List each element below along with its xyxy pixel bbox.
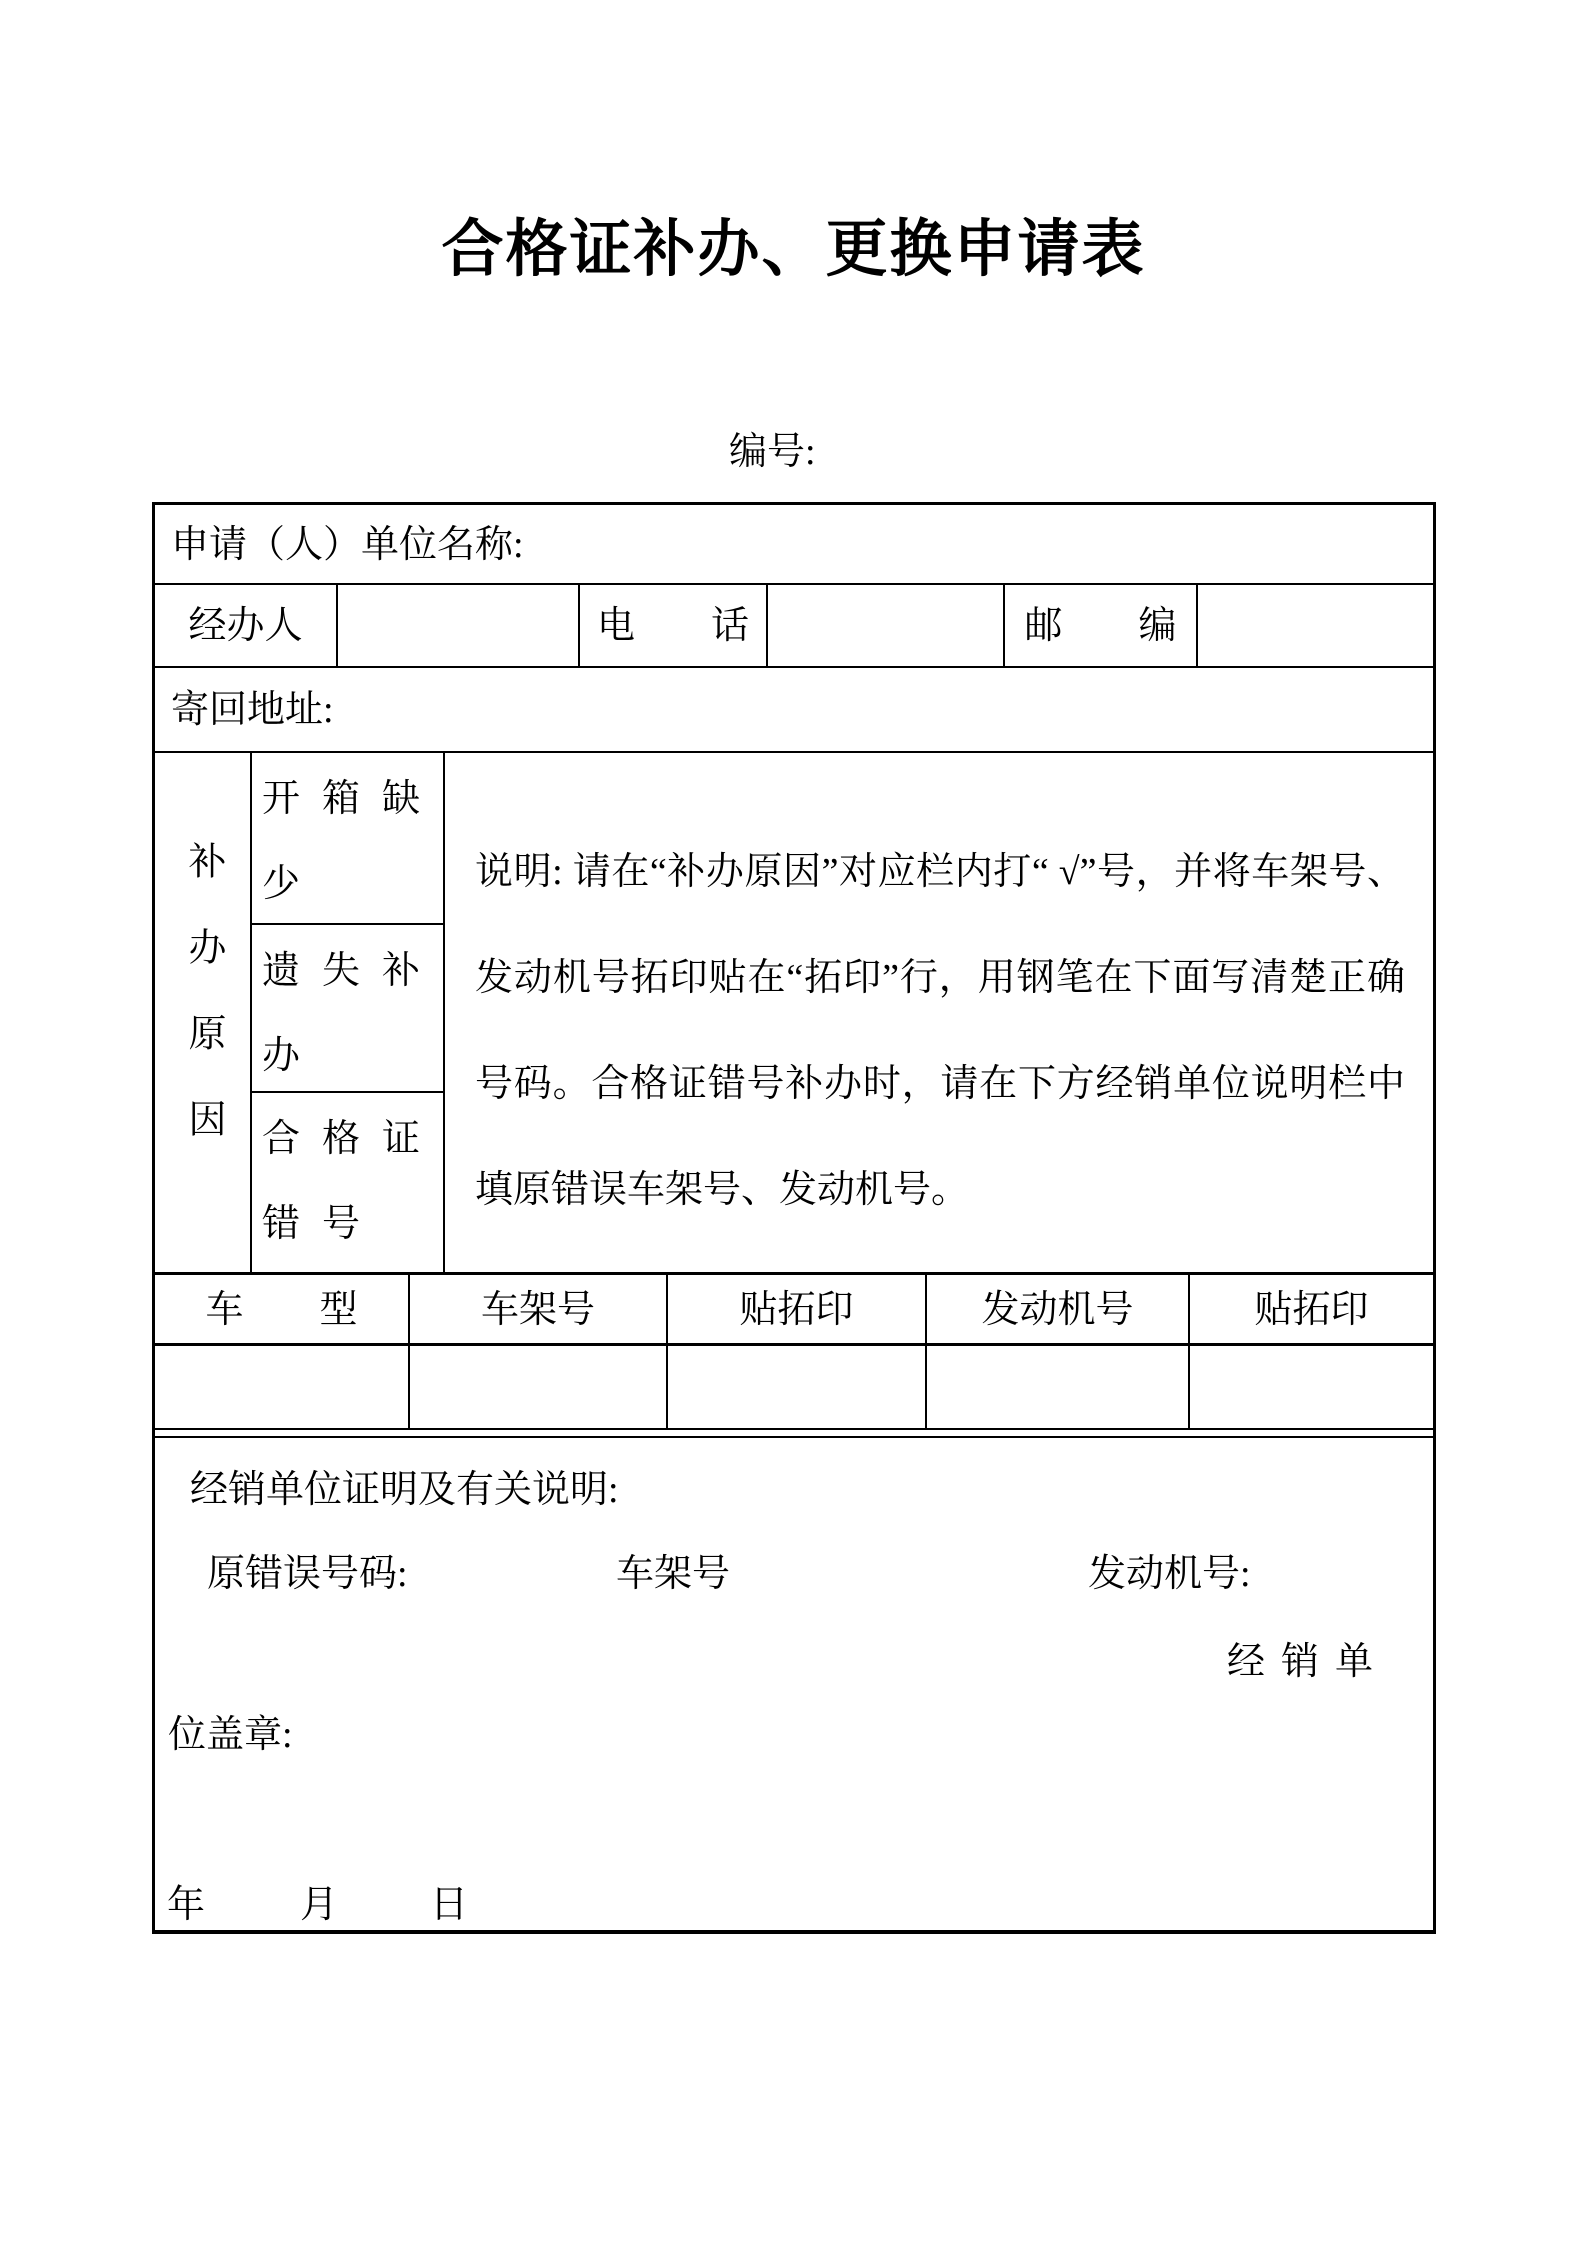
application-form-table: 申请（人）单位名称: 经办人 电 话 邮 编 寄回地址: 补办原因 开箱缺少 遗… bbox=[152, 502, 1436, 1934]
page-title: 合格证补办、更换申请表 bbox=[0, 205, 1587, 295]
instructions-cell: 说明: 请在“补办原因”对应栏内打“ √”号，并将车架号、发动机号拓印贴在“拓印… bbox=[445, 753, 1433, 1275]
wrong-number-label: 原错误号码: bbox=[207, 1542, 408, 1597]
vehicle-header-frame-number: 车架号 bbox=[410, 1275, 668, 1346]
dealer-heading: 经销单位证明及有关说明: bbox=[190, 1458, 619, 1513]
reason-vertical-label-cell: 补办原因 bbox=[155, 753, 252, 1275]
date-month-label: 月 bbox=[300, 1873, 338, 1928]
vehicle-value-engine-number-cell bbox=[927, 1346, 1190, 1430]
vehicle-value-frame-number-cell bbox=[410, 1346, 668, 1430]
agent-label-cell: 经办人 bbox=[155, 585, 338, 668]
dealer-seal-line2: 位盖章: bbox=[168, 1703, 293, 1758]
reason-option-missing-cell: 开箱缺少 bbox=[252, 753, 445, 925]
document-page: 合格证补办、更换申请表 编号: 申请（人）单位名称: 经办人 电 话 邮 编 寄… bbox=[0, 0, 1587, 2245]
vehicle-header-model: 车 型 bbox=[155, 1275, 410, 1346]
agent-value-cell bbox=[338, 585, 580, 668]
vehicle-value-model-cell bbox=[155, 1346, 410, 1430]
date-day-label: 日 bbox=[430, 1873, 468, 1928]
reason-option-wrong-number-cell: 合格证错号 bbox=[252, 1093, 445, 1275]
frame-number-label: 车架号 bbox=[616, 1542, 730, 1597]
phone-label-cell: 电 话 bbox=[580, 585, 768, 668]
serial-number-label: 编号: bbox=[729, 430, 816, 474]
vehicle-header-engine-rubbing: 贴拓印 bbox=[1190, 1275, 1433, 1346]
phone-value-cell bbox=[768, 585, 1005, 668]
engine-number-label: 发动机号: bbox=[1088, 1542, 1251, 1597]
dealer-seal-line1: 经销单 bbox=[1227, 1630, 1389, 1685]
applicant-name-row: 申请（人）单位名称: bbox=[155, 505, 1433, 585]
vehicle-value-engine-rubbing-cell bbox=[1190, 1346, 1433, 1430]
reason-option-lost-cell: 遗失补办 bbox=[252, 925, 445, 1093]
reason-vertical-label: 补办原因 bbox=[154, 841, 251, 1185]
postcode-value-cell bbox=[1198, 585, 1433, 668]
postcode-label-cell: 邮 编 bbox=[1005, 585, 1198, 668]
date-year-label: 年 bbox=[167, 1873, 205, 1928]
vehicle-header-frame-rubbing: 贴拓印 bbox=[668, 1275, 927, 1346]
return-address-row: 寄回地址: bbox=[155, 668, 1433, 753]
vehicle-header-engine-number: 发动机号 bbox=[927, 1275, 1190, 1346]
vehicle-value-frame-rubbing-cell bbox=[668, 1346, 927, 1430]
dealer-section: 经销单位证明及有关说明: 原错误号码: 车架号 发动机号: 经销单 位盖章: 年… bbox=[155, 1436, 1433, 1930]
